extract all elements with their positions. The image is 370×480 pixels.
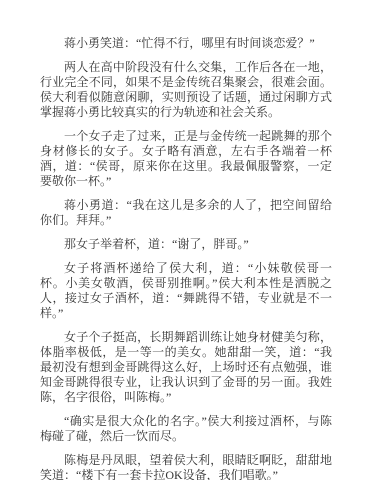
paragraph-1: 蒋小勇笑道：“忙得不行，哪里有时间谈恋爱？” xyxy=(40,36,332,51)
paragraph-4: 蒋小勇道：“我在这儿是多余的人了，把空间留给你们。拜拜。” xyxy=(40,198,332,228)
paragraph-7: 女子个子挺高，长期舞蹈训练让她身材健美匀称，体脂率极低，是一等一的美女。她甜甜一… xyxy=(40,330,332,405)
paragraph-9: 陈梅是丹凤眼，望着侯大利，眼睛眨啊眨，甜甜地笑道：“楼下有一套卡拉OK设备，我们… xyxy=(40,453,332,480)
paragraph-6: 女子将酒杯递给了侯大利，道：“小妹敬侯哥一杯。小美女敬酒，侯哥别推啊。”侯大利本… xyxy=(40,261,332,321)
paragraph-8: “确实是很大众化的名字。”侯大利接过酒杯，与陈梅碰了碰，然后一饮而尽。 xyxy=(40,414,332,444)
paragraph-3: 一个女子走了过来，正是与金传统一起跳舞的那个身材修长的女子。女子略有酒意，左右手… xyxy=(40,129,332,189)
paragraph-2: 两人在高中阶段没有什么交集，工作后各在一地，行业完全不同，如果不是金传统召集聚会… xyxy=(40,60,332,120)
ebook-page: 蒋小勇笑道：“忙得不行，哪里有时间谈恋爱？” 两人在高中阶段没有什么交集，工作后… xyxy=(0,0,370,480)
paragraph-5: 那女子举着杯，道：“谢了，胖哥。” xyxy=(40,237,332,252)
